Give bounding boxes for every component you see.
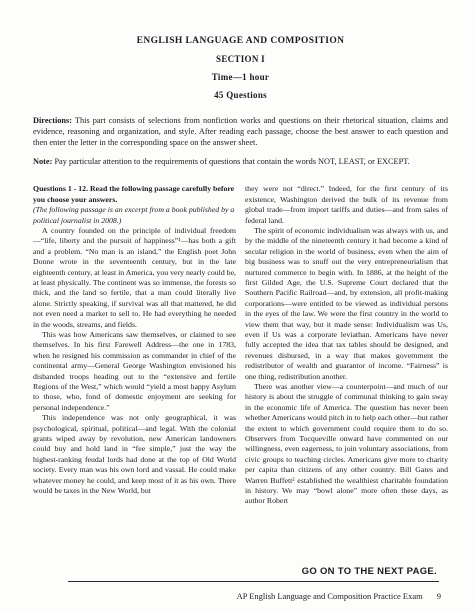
section-label: SECTION I: [33, 54, 448, 64]
note-label: Note:: [33, 157, 52, 166]
note-text: Pay particular attention to the requirem…: [54, 157, 409, 166]
exam-header: ENGLISH LANGUAGE AND COMPOSITION SECTION…: [33, 36, 448, 100]
passage-paragraph: There was another view—a counterpoint—an…: [245, 382, 448, 507]
directions-label: Directions:: [33, 116, 72, 125]
exam-page: ENGLISH LANGUAGE AND COMPOSITION SECTION…: [0, 0, 474, 613]
question-count: 45 Questions: [33, 90, 448, 100]
note: Note: Pay particular attention to the re…: [33, 156, 448, 167]
exam-title: ENGLISH LANGUAGE AND COMPOSITION: [33, 36, 448, 46]
directions-text: This part consists of selections from no…: [33, 116, 448, 147]
passage-paragraph: This was how Americans saw themselves, o…: [33, 330, 236, 413]
passage-left-column: Questions 1 - 12. Read the following pas…: [33, 184, 236, 507]
page-number: 9: [437, 591, 441, 601]
directions: Directions: This part consists of select…: [33, 115, 448, 148]
passage-paragraph: they were not “direct.” Indeed, for the …: [245, 184, 448, 226]
go-on-instruction: GO ON TO THE NEXT PAGE.: [302, 566, 437, 577]
passage-source-note: (The following passage is an excerpt fro…: [33, 205, 236, 226]
passage-columns: Questions 1 - 12. Read the following pas…: [33, 184, 448, 507]
questions-heading: Questions 1 - 12. Read the following pas…: [33, 184, 236, 205]
passage-paragraph: The spirit of economic individualism was…: [245, 226, 448, 382]
time-limit: Time—1 hour: [33, 72, 448, 82]
footer: AP English Language and Composition Prac…: [237, 591, 441, 601]
footer-exam-title: AP English Language and Composition Prac…: [237, 591, 423, 601]
passage-right-column: they were not “direct.” Indeed, for the …: [245, 184, 448, 507]
passage-paragraph: This independence was not only geographi…: [33, 413, 236, 496]
passage-paragraph: A country founded on the principle of in…: [33, 226, 236, 330]
footer-rule: [68, 581, 439, 582]
